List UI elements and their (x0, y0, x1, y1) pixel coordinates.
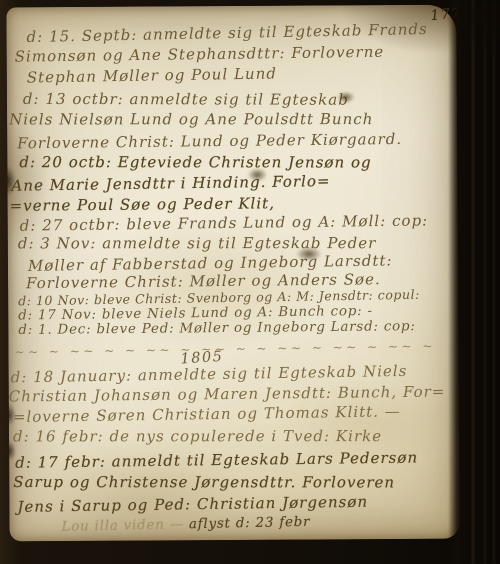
register-line: d: 16 febr: de nys copulerede i Tved: Ki… (13, 429, 382, 444)
page-edge-streak (493, 0, 495, 564)
page-edge-streak (472, 0, 474, 564)
ink-blot (296, 246, 322, 261)
edge-stain (0, 404, 16, 426)
faint-note-text: Lou illa viden — (61, 517, 184, 534)
register-line: d: 13 octbr: anmeldte sig til Egteskab (23, 92, 349, 108)
register-line: Christian Johansøn og Maren Jensdtt: Bun… (9, 385, 446, 405)
aflyst-note-text: aflyst d: 23 febr (184, 515, 311, 533)
edge-stain (0, 166, 16, 196)
register-line: d: 20 octb: Egteviede Christen Jensøn og (19, 155, 371, 170)
ink-blot (247, 168, 267, 182)
register-line: d: 18 January: anmeldte sig til Egteskab… (11, 364, 408, 386)
register-line: Stephan Møller og Poul Lund (27, 66, 277, 85)
ink-blot (337, 91, 355, 103)
photo-background: 177 d: 15. Septb: anmeldte sig til Egtes… (0, 0, 500, 564)
register-line: d: 17 febr: anmeldt til Egteskab Lars Pe… (15, 450, 418, 470)
register-line: d: 1. Dec: bleve Ped: Møller og Ingeborg… (18, 320, 415, 337)
register-line: Ane Marie Jensdttr i Hinding. Forlo= (11, 174, 330, 194)
register-line: d: 27 octbr: bleve Frands Lund og A: Møl… (20, 213, 429, 233)
register-line: Sarup og Christense Jørgensdttr. Forlove… (13, 475, 395, 490)
register-line: Niels Nielsøn Lund og Ane Poulsdtt Bunch (9, 112, 373, 127)
page-edge-streak (484, 0, 486, 564)
year-divider-squiggle: ~~ ~ ~~ ~ ~ ~~ ~ ~~ ~ ~ ~~ ~ ~~ ~ ~~ ~ (14, 339, 436, 359)
register-line: Forloverne Christ: Lund og Peder Kiørgaa… (17, 132, 402, 151)
manuscript-page: 177 d: 15. Septb: anmeldte sig til Egtes… (6, 5, 459, 542)
register-line: Simonsøn og Ane Stephansdttr: Forloverne (15, 45, 385, 65)
register-line: =loverne Søren Christian og Thomas Klitt… (13, 404, 401, 425)
edge-stain (2, 441, 16, 461)
register-line: d: 3 Nov: anmeldte sig til Egteskab Pede… (18, 236, 377, 251)
register-line: Jens i Sarup og Ped: Christian Jørgensøn (17, 495, 368, 515)
book-binding-edge (448, 0, 500, 564)
register-line: d: 15. Septb: anmeldte sig til Egteskab … (26, 22, 427, 45)
register-line: =verne Poul Søe og Peder Klit, (10, 196, 276, 214)
register-line-faint: Lou illa viden — aflyst d: 23 febr (61, 516, 310, 534)
